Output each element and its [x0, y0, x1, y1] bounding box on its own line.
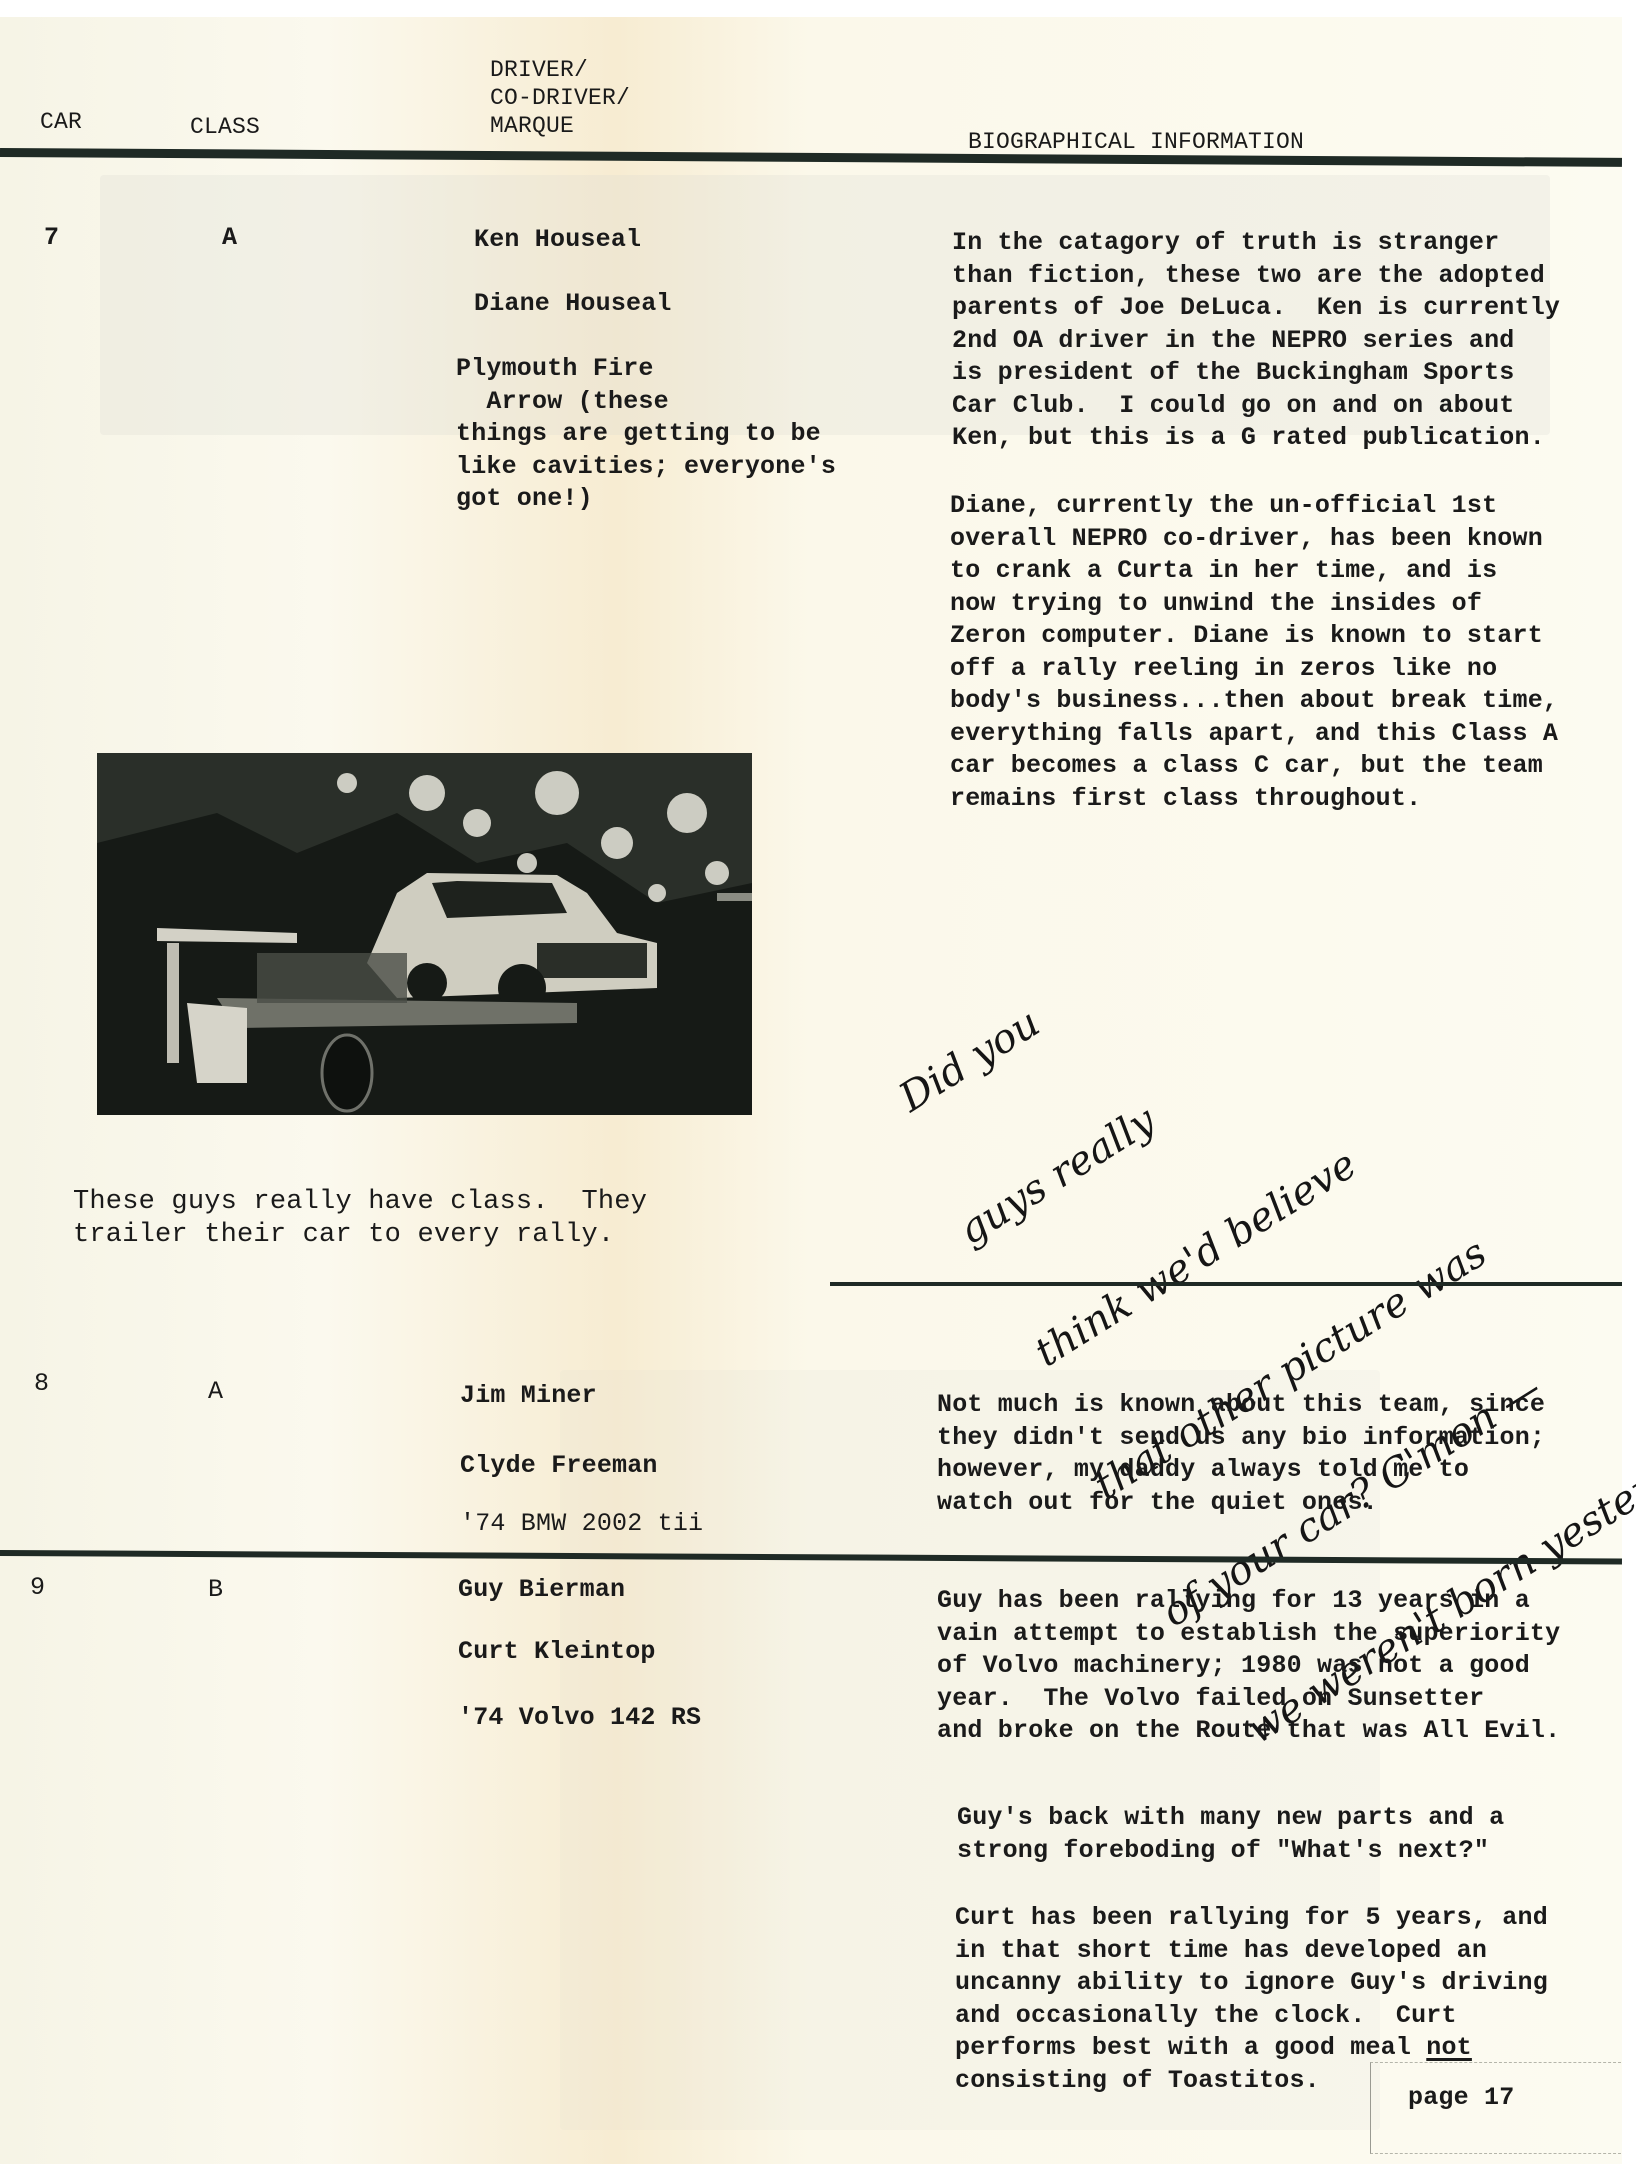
- bio-line: year. The Volvo failed on Sunsetter: [937, 1683, 1560, 1716]
- bio-line: Not much is known about this team, since: [937, 1389, 1545, 1422]
- bio-line: to crank a Curta in her time, and is: [950, 555, 1558, 588]
- entry-9-bio-paragraph-1: Guy has been rallying for 13 years in a …: [937, 1585, 1560, 1748]
- entry-8-co-driver: Clyde Freeman: [460, 1450, 658, 1483]
- bio-line: parents of Joe DeLuca. Ken is currently: [952, 292, 1560, 325]
- entry-8-car: 8: [34, 1368, 49, 1401]
- bio-line: Car Club. I could go on and on about: [952, 390, 1560, 423]
- bio-line: off a rally reeling in zeros like no: [950, 653, 1558, 686]
- bio-line: 2nd OA driver in the NEPRO series and: [952, 325, 1560, 358]
- bio-line: they didn't send us any bio information;: [937, 1422, 1545, 1455]
- bio-line: Guy's back with many new parts and a: [957, 1802, 1504, 1835]
- bio-line: is president of the Buckingham Sports: [952, 357, 1560, 390]
- bio-line: strong foreboding of "What's next?": [957, 1835, 1504, 1868]
- entry-7-bio-paragraph-1: In the catagory of truth is stranger tha…: [952, 227, 1560, 455]
- bio-line: Diane, currently the un-official 1st: [950, 490, 1558, 523]
- bio-line: however, my daddy always told me to: [937, 1454, 1545, 1487]
- entry-8-driver: Jim Miner: [460, 1380, 597, 1413]
- bio-line: vain attempt to establish the superiorit…: [937, 1618, 1560, 1651]
- bio-text: performs best with a good meal: [955, 2033, 1426, 2062]
- entry-7-end-rule: [830, 1282, 1622, 1286]
- note-line: guys really: [950, 918, 1449, 1254]
- bio-line: overall NEPRO co-driver, has been known: [950, 523, 1558, 556]
- bio-line: and broke on the Route that was All Evil…: [937, 1715, 1560, 1748]
- entry-7-marque: Plymouth Fire Arrow (these things are ge…: [456, 353, 836, 516]
- page-number: page 17: [1408, 2082, 1514, 2115]
- entry-9-marque: '74 Volvo 142 RS: [458, 1702, 701, 1735]
- photo-graphic: [97, 753, 752, 1115]
- note-line: think we'd believe: [1027, 1041, 1526, 1377]
- entry-9-class: B: [208, 1574, 223, 1607]
- entry-9-co-driver: Curt Kleintop: [458, 1636, 656, 1669]
- bio-line: watch out for the quiet ones.: [937, 1487, 1545, 1520]
- entry-9-car: 9: [30, 1572, 45, 1605]
- entry-7-co-driver: Diane Houseal: [474, 288, 672, 321]
- header-class: CLASS: [190, 113, 260, 141]
- bio-line: body's business...then about break time,: [950, 685, 1558, 718]
- truck-car-photo: [97, 753, 752, 1115]
- bio-line: than fiction, these two are the adopted: [952, 260, 1560, 293]
- bio-line: Curt has been rallying for 5 years, and: [955, 1902, 1548, 1935]
- entry-8-marque: '74 BMW 2002 tii: [460, 1508, 703, 1541]
- bio-line-with-underline: performs best with a good meal not: [955, 2032, 1548, 2065]
- entry-7-class: A: [222, 222, 237, 255]
- bio-line: in that short time has developed an: [955, 1935, 1548, 1968]
- bio-line: Guy has been rallying for 13 years in a: [937, 1585, 1560, 1618]
- entry-8-class: A: [208, 1376, 223, 1409]
- caption-line: These guys really have class. They: [73, 1186, 647, 1219]
- bio-line: and occasionally the clock. Curt: [955, 2000, 1548, 2033]
- underlined-word: not: [1426, 2033, 1472, 2062]
- bio-line: Zeron computer. Diane is known to start: [950, 620, 1558, 653]
- bio-line: now trying to unwind the insides of: [950, 588, 1558, 621]
- marque-line: Arrow (these: [456, 386, 836, 419]
- header-bio: BIOGRAPHICAL INFORMATION: [968, 128, 1304, 156]
- photo-caption: These guys really have class. They trail…: [73, 1186, 647, 1251]
- marque-line: Plymouth Fire: [456, 353, 836, 386]
- bio-line: uncanny ability to ignore Guy's driving: [955, 1967, 1548, 2000]
- header-driver-line-3: MARQUE: [490, 112, 574, 140]
- bio-line: Ken, but this is a G rated publication.: [952, 422, 1560, 455]
- entry-8-bio: Not much is known about this team, since…: [937, 1389, 1545, 1519]
- bio-line: of Volvo machinery; 1980 was not a good: [937, 1650, 1560, 1683]
- entry-7-driver: Ken Houseal: [474, 224, 641, 257]
- header-driver-line-1: DRIVER/: [490, 56, 588, 84]
- header-car: CAR: [40, 108, 82, 136]
- entry-9-bio-paragraph-2: Guy's back with many new parts and a str…: [957, 1802, 1504, 1867]
- bio-line: In the catagory of truth is stranger: [952, 227, 1560, 260]
- header-driver-line-2: CO-DRIVER/: [490, 84, 630, 112]
- caption-line: trailer their car to every rally.: [73, 1219, 647, 1252]
- entry-7-car: 7: [44, 222, 59, 255]
- entry-9-driver: Guy Bierman: [458, 1574, 625, 1607]
- marque-line: got one!): [456, 483, 836, 516]
- marque-line: like cavities; everyone's: [456, 451, 836, 484]
- marque-line: things are getting to be: [456, 418, 836, 451]
